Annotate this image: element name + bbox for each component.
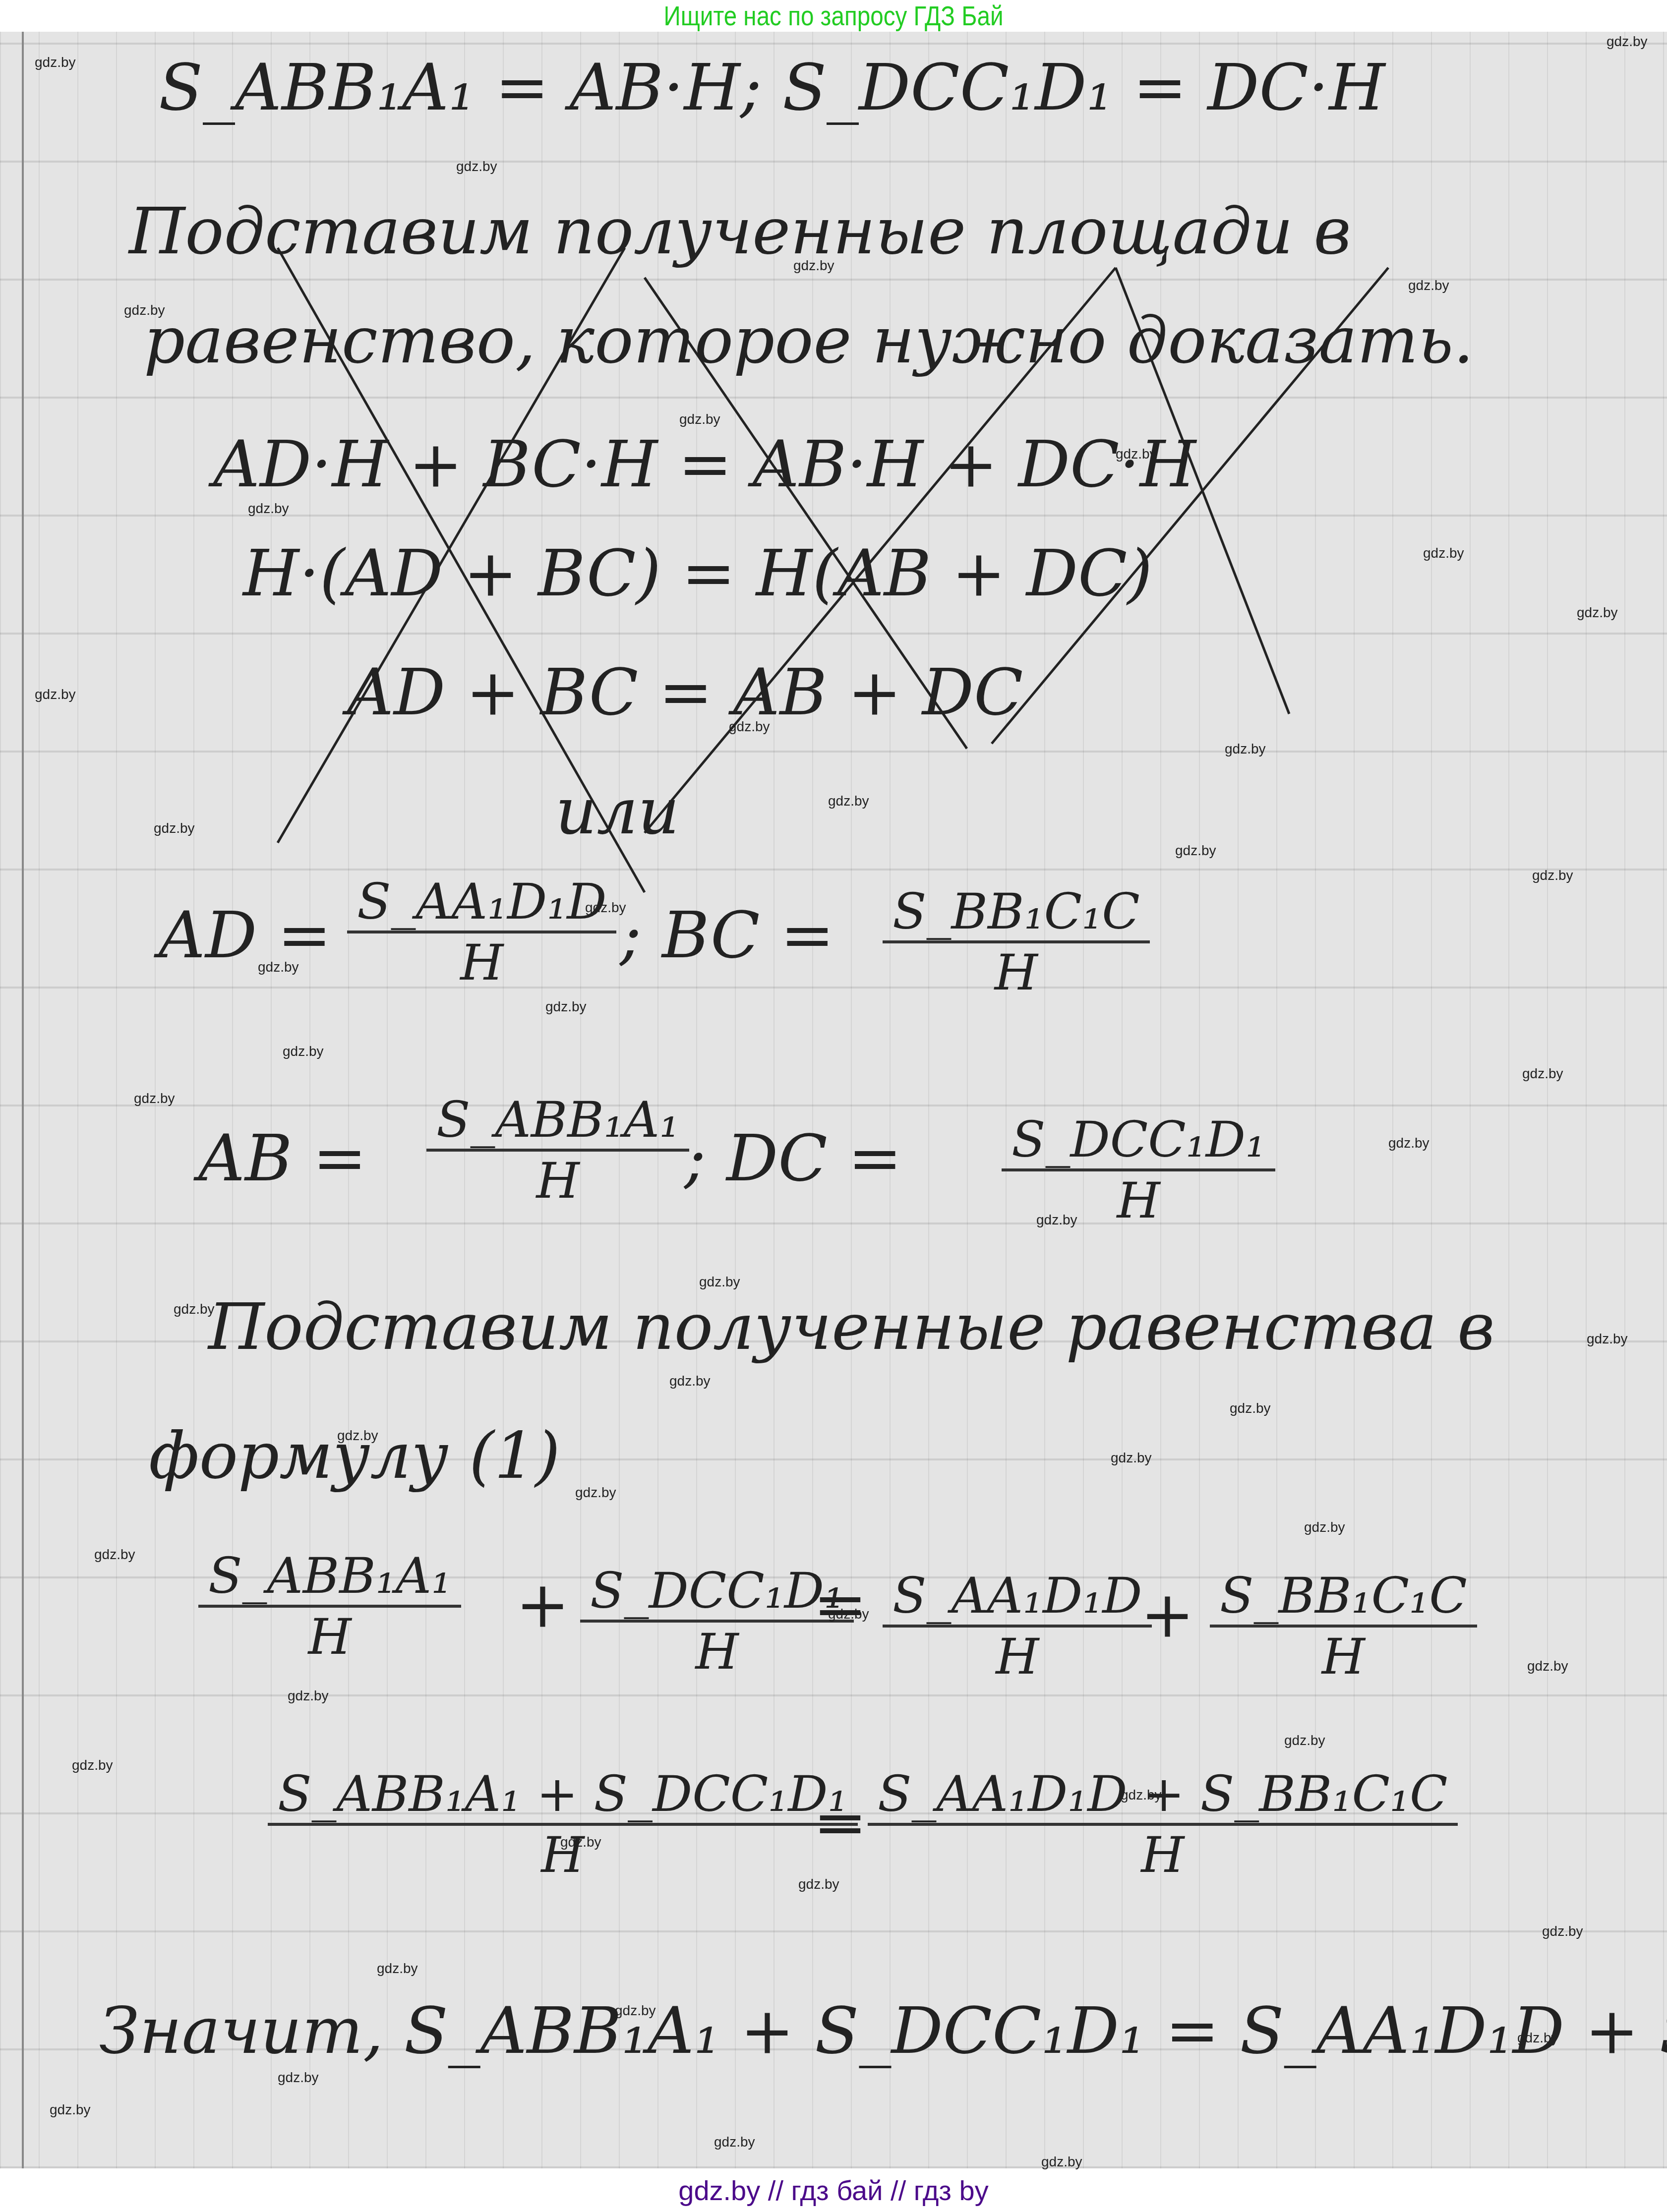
watermark: gdz.by (669, 1373, 711, 1389)
watermark: gdz.by (1522, 1066, 1563, 1082)
watermark: gdz.by (1388, 1135, 1429, 1151)
fraction-1: S_ABB₁A₁H (198, 1547, 461, 1666)
watermark: gdz.by (1517, 2030, 1558, 2046)
watermark: gdz.by (575, 1485, 616, 1501)
ab-lhs: AB = (198, 1120, 367, 1196)
bc-lhs: ; BC = (620, 897, 834, 973)
watermark: gdz.by (35, 55, 76, 70)
watermark: gdz.by (456, 159, 497, 175)
equation-1: AD·H + BC·H = AB·H + DC·H (213, 426, 1196, 502)
dc-fraction: S_DCC₁D₁H (1002, 1110, 1275, 1229)
watermark: gdz.by (35, 687, 76, 702)
watermark: gdz.by (1587, 1331, 1628, 1347)
watermark: gdz.by (1577, 605, 1618, 621)
watermark: gdz.by (288, 1688, 329, 1704)
watermark: gdz.by (134, 1091, 175, 1106)
ab-fraction: S_ABB₁A₁H (426, 1091, 689, 1210)
bottom-banner: gdz.by // гдз бай // гдз by (0, 2169, 1667, 2212)
plus-sign-2: + (1140, 1576, 1194, 1652)
fraction-3: S_AA₁D₁DH (883, 1567, 1152, 1686)
watermark: gdz.by (72, 1757, 113, 1773)
watermark: gdz.by (1041, 2154, 1082, 2170)
watermark: gdz.by (1036, 1212, 1077, 1228)
watermark: gdz.by (1116, 446, 1157, 462)
line-substitute-2: Подставим полученные равенства в (208, 1289, 1495, 1364)
watermark: gdz.by (94, 1547, 135, 1563)
plus-sign: + (516, 1567, 570, 1642)
watermark: gdz.by (828, 793, 869, 809)
watermark: gdz.by (1423, 545, 1464, 561)
watermark: gdz.by (1111, 1450, 1152, 1466)
watermark: gdz.by (283, 1044, 324, 1059)
equation-3: AD + BC = AB + DC (347, 654, 1023, 730)
bc-fraction: S_BB₁C₁CH (883, 882, 1150, 1001)
watermark: gdz.by (615, 2003, 656, 2019)
equals-sign: = (813, 1567, 867, 1642)
watermark: gdz.by (1284, 1733, 1325, 1748)
watermark: gdz.by (1175, 843, 1216, 859)
fraction-sum-right: S_AA₁D₁D + S_BB₁C₁CH (868, 1765, 1458, 1884)
watermark: gdz.by (560, 1834, 601, 1850)
watermark: gdz.by (1527, 1658, 1568, 1674)
watermark: gdz.by (1121, 1787, 1162, 1803)
fraction-4: S_BB₁C₁CH (1210, 1567, 1477, 1686)
ad-fraction: S_AA₁D₁DH (347, 873, 616, 991)
equation-2: H·(AD + BC) = H(AB + DC) (243, 535, 1152, 611)
watermark: gdz.by (793, 258, 834, 274)
watermark: gdz.by (545, 999, 587, 1015)
watermark: gdz.by (174, 1301, 215, 1317)
watermark: gdz.by (714, 2134, 755, 2150)
watermark: gdz.by (154, 820, 195, 836)
watermark: gdz.by (337, 1428, 378, 1444)
watermark: gdz.by (1225, 741, 1266, 757)
watermark: gdz.by (585, 900, 626, 916)
watermark: gdz.by (1230, 1400, 1271, 1416)
watermark: gdz.by (124, 302, 165, 318)
watermark: gdz.by (1607, 34, 1648, 50)
line-equality: равенство, которое нужно доказать. (144, 302, 1474, 378)
watermark: gdz.by (679, 411, 720, 427)
conclusion-line: Значит, S_ABB₁A₁ + S_DCC₁D₁ = S_AA₁D₁D +… (99, 1993, 1667, 2068)
dc-lhs: ; DC = (684, 1120, 902, 1196)
watermark: gdz.by (798, 1876, 839, 1892)
watermark: gdz.by (1542, 1923, 1583, 1939)
watermark: gdz.by (1408, 278, 1449, 293)
watermark: gdz.by (1304, 1519, 1345, 1535)
ad-lhs: AD = (159, 897, 331, 973)
watermark: gdz.by (248, 501, 289, 517)
line-substitute: Подставим полученные площади в (129, 193, 1351, 269)
watermark: gdz.by (50, 2102, 91, 2118)
watermark: gdz.by (258, 959, 299, 975)
watermark: gdz.by (699, 1274, 740, 1290)
watermark: gdz.by (278, 2070, 319, 2086)
watermark: gdz.by (828, 1606, 869, 1622)
word-or: или (555, 773, 679, 849)
watermark: gdz.by (377, 1961, 418, 1977)
fraction-sum-left: S_ABB₁A₁ + S_DCC₁D₁H (268, 1765, 858, 1884)
equals-sign-2: = (813, 1785, 867, 1860)
line-areas: S_ABB₁A₁ = AB·H; S_DCC₁D₁ = DC·H (159, 50, 1385, 125)
watermark: gdz.by (729, 719, 770, 735)
watermark: gdz.by (1532, 868, 1573, 883)
